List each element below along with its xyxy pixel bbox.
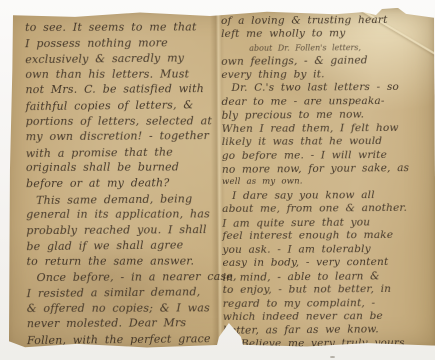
letter-page-left: to see. It seems to me that I possess no…	[25, 19, 223, 348]
handwritten-line: every thing by it.	[221, 67, 435, 82]
handwritten-line: Follen, with the perfect grace	[27, 331, 223, 349]
handwritten-line: to see. It seems to me that	[25, 19, 221, 35]
scanned-letter-background: to see. It seems to me that I possess no…	[0, 0, 435, 360]
handwritten-line: to enjoy, - but not better, in	[223, 283, 435, 298]
handwritten-line: own than his letters. Must	[25, 66, 221, 82]
handwritten-line: regard to my complaint, -	[223, 296, 435, 311]
handwritten-line: I resisted a similar demand,	[27, 284, 223, 302]
handwritten-line: bly precious to me now.	[222, 108, 435, 124]
letter-paper-sheet: to see. It seems to me that I possess no…	[5, 8, 435, 351]
handwritten-line: Once before, - in a nearer case,	[27, 268, 223, 285]
handwritten-line: of a loving & trusting heart	[221, 14, 435, 29]
handwritten-line: probably reached you. I shall	[26, 222, 222, 239]
handwritten-line: I dare say you know all	[222, 189, 435, 204]
handwritten-line: easy in body, - very content	[222, 256, 435, 271]
handwritten-line: I am quite sure that you	[222, 216, 435, 232]
handwritten-line: When I read them, I felt how	[222, 121, 435, 136]
handwritten-line: my own discretion! - together	[26, 128, 222, 145]
handwritten-line: likely it was that he would	[222, 135, 435, 150]
handwritten-line: before or at my death?	[26, 175, 222, 192]
handwritten-line: faithful copies of letters, &	[25, 97, 221, 115]
handwritten-line: dear to me - are unspeaka-	[221, 94, 435, 109]
handwritten-line: well as my own.	[222, 175, 435, 190]
handwritten-line: I possess nothing more	[25, 35, 221, 52]
handwritten-line: not Mrs. C. be satisfied with	[25, 81, 221, 98]
handwritten-line: own feelings, - & gained	[221, 54, 435, 70]
handwritten-line: exclusively & sacredly my	[25, 50, 221, 68]
letter-page-right: of a loving & trusting heart left me who…	[221, 14, 435, 360]
handwritten-line: Dr. C.'s two last letters - so	[221, 81, 435, 96]
handwritten-line: about me, from one & another.	[222, 202, 435, 217]
handwritten-line: Believe me very truly yours	[223, 337, 435, 352]
handwritten-line: never molested. Dear Mrs	[27, 315, 223, 332]
handwritten-line: left me wholly to my	[221, 27, 435, 42]
handwritten-line: portions of letters, selected at	[26, 113, 222, 129]
handwritten-line: in mind, - able to learn &	[223, 269, 435, 285]
handwritten-line: you ask. - I am tolerably	[222, 242, 435, 257]
handwritten-line: no more now, for your sake, as	[222, 162, 435, 178]
handwritten-line: to return the same answer.	[26, 253, 222, 269]
scan-speck	[330, 356, 335, 358]
handwritten-line: originals shall be burned	[26, 160, 222, 176]
signature: H. Martineau	[223, 350, 435, 360]
handwritten-line: & offered no copies; & I was	[27, 300, 223, 316]
handwritten-line: go before me. - I will write	[222, 148, 435, 163]
handwritten-line: general in its application, has	[26, 206, 222, 222]
handwritten-line: feel interest enough to make	[222, 229, 435, 244]
handwritten-line: be glad if we shall agree	[26, 237, 222, 255]
handwritten-line: better, as far as we know.	[223, 323, 435, 339]
